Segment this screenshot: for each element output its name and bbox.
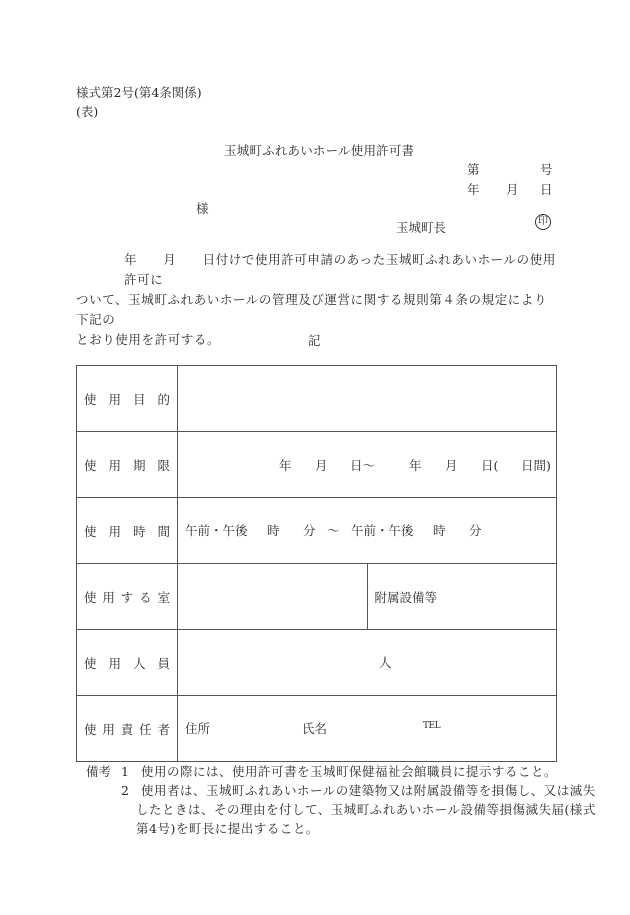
note-2-number: 2 xyxy=(121,781,129,800)
label-char: 目 xyxy=(133,390,146,408)
name-label: 氏名 xyxy=(302,719,327,737)
period-year-1: 年 xyxy=(279,456,292,474)
note-2-line-2: したときは、その理由を付して、玉城町ふれあいホール設備等損傷滅失届(様式 xyxy=(136,800,596,819)
address-label: 住所 xyxy=(185,719,210,737)
label-responsible: 使 用 責 任 者 xyxy=(77,696,178,762)
label-char: 員 xyxy=(157,654,170,672)
permit-table: 使 用 目 的 使 用 期 限 年 月 日〜 年 月 日( xyxy=(76,365,557,762)
period-days: 日間) xyxy=(521,456,551,474)
label-char: 使 xyxy=(84,588,97,606)
label-char: 責 xyxy=(121,720,134,738)
purpose-field[interactable] xyxy=(178,366,557,432)
label-char: 時 xyxy=(133,522,146,540)
label-char: 任 xyxy=(139,720,152,738)
label-char: 的 xyxy=(157,390,170,408)
label-room: 使 用 す る 室 xyxy=(77,564,178,630)
label-char: 使 xyxy=(84,522,97,540)
label-char: 室 xyxy=(157,588,170,606)
body-line-1: 年 月 日付けで使用許可申請のあった玉城町ふれあいホールの使用許可に xyxy=(76,250,556,290)
form-number: 様式第2号(第4条関係) xyxy=(76,83,202,101)
note-2-line-1: 使用者は、玉城町ふれあいホールの建築物又は附属設備等を損傷し、又は滅失 xyxy=(141,781,596,800)
label-persons: 使 用 人 員 xyxy=(77,630,178,696)
tel-label: TEL xyxy=(423,721,440,731)
row-room: 使 用 す る 室 附属設備等 xyxy=(77,564,557,630)
date-year: 年 xyxy=(467,180,480,198)
time-hour-1: 時 xyxy=(267,521,280,539)
row-purpose: 使 用 目 的 xyxy=(77,366,557,432)
label-char: 者 xyxy=(157,720,170,738)
period-day-1: 日〜 xyxy=(350,456,375,474)
label-purpose: 使 用 目 的 xyxy=(77,366,178,432)
note-2-line-3: 第4号)を町長に提出すること。 xyxy=(136,819,319,838)
seal-icon: 印 xyxy=(535,214,551,230)
label-char: 用 xyxy=(102,588,115,606)
time-minute-2: 分 xyxy=(469,521,482,539)
label-char: 使 xyxy=(84,456,97,474)
label-char: 使 xyxy=(84,654,97,672)
side-label: (表) xyxy=(76,102,98,120)
body-line-2: ついて、玉城町ふれあいホールの管理及び運営に関する規則第４条の規定により下記の xyxy=(76,290,556,330)
date-month: 月 xyxy=(506,180,519,198)
equipment-label: 附属設備等 xyxy=(375,590,438,605)
label-char: る xyxy=(139,588,152,606)
row-responsible: 使 用 責 任 者 住所 氏名 TEL xyxy=(77,696,557,762)
label-char: 用 xyxy=(108,456,121,474)
persons-unit: 人 xyxy=(379,653,392,671)
label-char: 用 xyxy=(102,720,115,738)
label-char: す xyxy=(121,588,134,606)
time-hour-2: 時 xyxy=(433,521,446,539)
row-time: 使 用 時 間 午前・午後 時 分 〜 午前・午後 時 分 xyxy=(77,498,557,564)
responsible-field[interactable]: 住所 氏名 TEL xyxy=(178,696,557,762)
period-month-1: 月 xyxy=(315,456,328,474)
label-char: 用 xyxy=(108,390,121,408)
row-period: 使 用 期 限 年 月 日〜 年 月 日( 日間) xyxy=(77,432,557,498)
note-1-number: 1 xyxy=(121,762,129,781)
label-time: 使 用 時 間 xyxy=(77,498,178,564)
time-tilde: 〜 xyxy=(327,521,340,539)
date-day: 日 xyxy=(540,180,553,198)
label-char: 使 xyxy=(84,720,97,738)
note-1-text: 使用の際には、使用許可書を玉城町保健福祉会館職員に提示すること。 xyxy=(141,762,557,781)
label-char: 使 xyxy=(84,390,97,408)
issuer: 玉城町長 xyxy=(396,218,446,236)
row-persons: 使 用 人 員 人 xyxy=(77,630,557,696)
notes-heading: 備考 xyxy=(86,762,111,781)
period-month-2: 月 xyxy=(445,456,458,474)
label-char: 限 xyxy=(157,456,170,474)
period-year-2: 年 xyxy=(409,456,422,474)
period-day-2: 日( xyxy=(481,456,498,474)
label-char: 用 xyxy=(108,654,121,672)
equipment-field[interactable]: 附属設備等 xyxy=(367,564,557,630)
room-field[interactable] xyxy=(178,564,368,630)
label-char: 用 xyxy=(108,522,121,540)
number-prefix: 第 xyxy=(467,160,480,178)
label-char: 人 xyxy=(133,654,146,672)
time-field[interactable]: 午前・午後 時 分 〜 午前・午後 時 分 xyxy=(178,498,557,564)
time-minute-1: 分 xyxy=(303,521,316,539)
period-field[interactable]: 年 月 日〜 年 月 日( 日間) xyxy=(178,432,557,498)
label-period: 使 用 期 限 xyxy=(77,432,178,498)
time-ampm-2: 午前・午後 xyxy=(351,521,414,539)
number-suffix: 号 xyxy=(540,160,553,178)
ki-heading: 記 xyxy=(308,331,321,349)
persons-field[interactable]: 人 xyxy=(178,630,557,696)
time-ampm-1: 午前・午後 xyxy=(185,521,248,539)
label-char: 間 xyxy=(157,522,170,540)
document-title: 玉城町ふれあいホール使用許可書 xyxy=(224,141,414,159)
label-char: 期 xyxy=(133,456,146,474)
addressee-suffix: 様 xyxy=(196,199,209,217)
